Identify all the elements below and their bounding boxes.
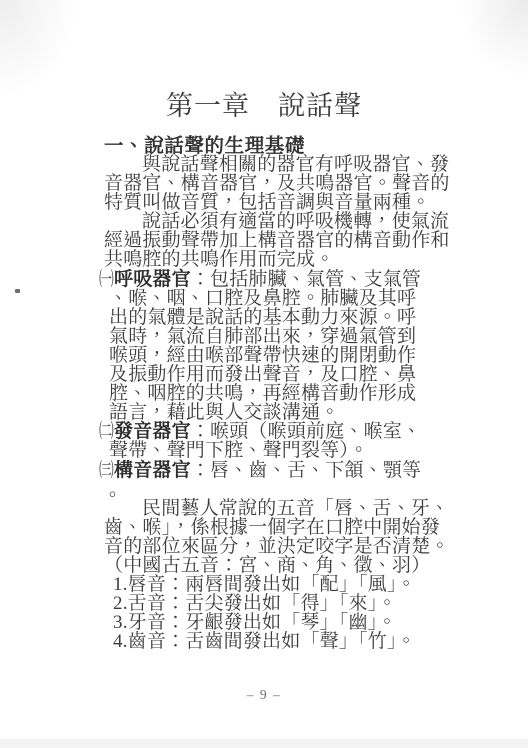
scan-shadow-top-right [458,0,528,80]
text-line: 語言，藉此與人交談溝通。 [99,403,459,422]
list-item-line: ㈡發音器官：喉頭（喉頭前庭、喉室、 [99,422,459,441]
text-line: 說話必須有適當的呼吸機轉，使氣流 [99,212,459,231]
list-marker: ㈠ [99,270,111,289]
list-item-text: ：包括肺臟、氣管、支氣管 [191,269,421,290]
list-marker: ㈢ [99,461,111,480]
text-line: 音的部位來區分，並決定咬字是否清楚。 [99,537,459,556]
numbered-line: 3.牙音：牙齦發出如「琴」「幽」。 [99,613,459,632]
numbered-line: 2.舌音：舌尖發出如「得」「來」。 [99,594,459,613]
text-line: 氣時，氣流自肺部出來，穿過氣管到 [99,327,459,346]
text-line: 經過振動聲帶加上構音器官的構音動作和 [99,231,459,250]
book-page: 第一章 說話聲 一、說話聲的生理基礎 與說話聲相關的器官有呼吸器官、發 音器官、… [0,0,528,748]
organ-term: 構音器官 [114,460,191,481]
text-line: 共鳴腔的共鳴作用而完成。 [99,250,459,269]
text-line: 、喉、咽、口腔及鼻腔。肺臟及其呼 [99,289,459,308]
text-line: 與說話聲相關的器官有呼吸器官、發 [99,155,459,174]
ink-speck [15,289,20,293]
chapter-title: 第一章 說話聲 [0,84,528,123]
text-line: 及振動作用而發出聲音，及口腔、鼻 [99,365,459,384]
page-number: – 9 – [0,687,528,703]
numbered-line: 4.齒音：舌齒間發出如「聲」「竹」。 [99,632,459,651]
text-line: 特質叫做音質，包括音調與音量兩種。 [99,193,459,212]
text-line: 音器官、構音器官，及共鳴器官。聲音的 [99,174,459,193]
numbered-line: 1.唇音：兩唇間發出如「配」「風」。 [99,575,459,594]
text-line: 腔、咽腔的共鳴，再經構音動作形成 [99,384,459,403]
text-line: 。 [99,480,459,499]
text-line: 民間藝人常說的五音「唇、舌、牙、 [99,499,459,518]
body-text: 與說話聲相關的器官有呼吸器官、發 音器官、構音器官，及共鳴器官。聲音的 特質叫做… [99,155,459,651]
list-item-text: ：唇、齒、舌、下頷、顎等 [191,460,421,481]
text-line: 喉頭，經由喉部聲帶快速的開閉動作 [99,346,459,365]
text-line: （中國古五音：宮、商、角、徵、羽） [99,556,459,575]
text-line: 出的氣體是說話的基本動力來源。呼 [99,308,459,327]
list-item-line: ㈠呼吸器官：包括肺臟、氣管、支氣管 [99,270,459,289]
text-line: 齒、喉」，係根據一個字在口腔中開始發 [99,518,459,537]
list-item-line: ㈢構音器官：唇、齒、舌、下頷、顎等 [99,461,459,480]
bottom-edge-shadow [0,739,528,748]
text-line: 聲帶、聲門下腔、聲門裂等）。 [99,441,459,460]
organ-term: 呼吸器官 [114,269,191,290]
list-marker: ㈡ [99,422,111,441]
